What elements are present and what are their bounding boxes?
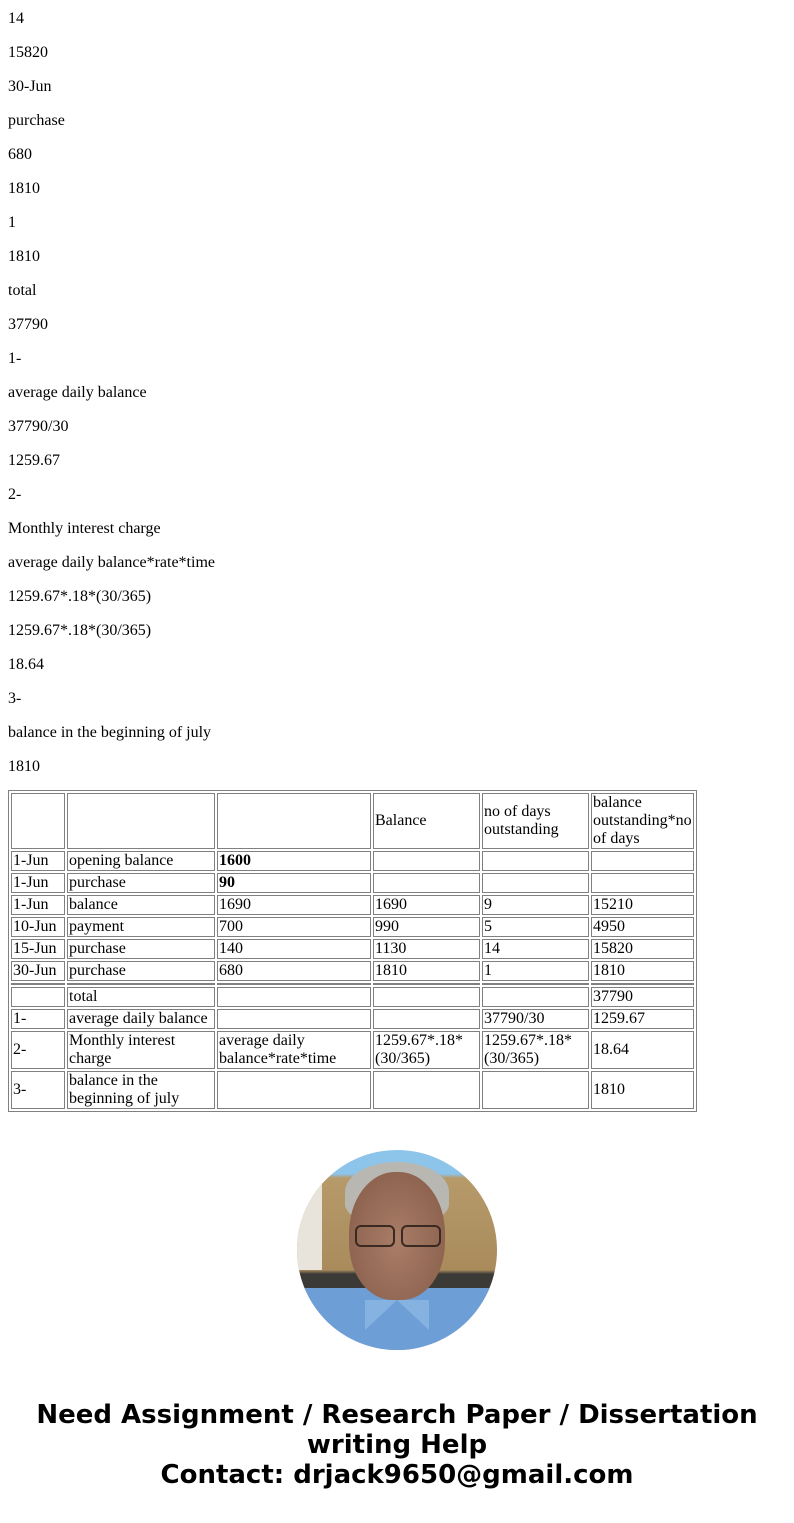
text-line: total [8, 272, 786, 306]
table-cell: purchase [67, 939, 215, 959]
promo-banner: Need Assignment / Research Paper / Disse… [0, 1400, 794, 1490]
table-cell: purchase [67, 961, 215, 981]
glasses-left-icon [355, 1225, 395, 1247]
text-line: 15820 [8, 34, 786, 68]
paragraph-list: 141582030-Junpurchase680181011810total37… [8, 0, 786, 782]
separator-cell [373, 983, 480, 985]
table-cell [373, 987, 480, 1007]
author-portrait-icon [297, 1150, 497, 1350]
text-line: 1- [8, 340, 786, 374]
table-cell: 1 [482, 961, 589, 981]
balance-calculation-table: Balanceno of days outstandingbalance out… [8, 790, 697, 1112]
table-cell: 1259.67*.18*(30/365) [373, 1031, 480, 1069]
table-cell: 1600 [217, 851, 371, 871]
text-line: balance in the beginning of july [8, 714, 786, 748]
table-cell: Balance [373, 793, 480, 849]
table-cell: 1810 [591, 1071, 694, 1109]
table-cell: 700 [217, 917, 371, 937]
table-cell: purchase [67, 873, 215, 893]
table-cell: 37790/30 [482, 1009, 589, 1029]
table-cell [482, 851, 589, 871]
collar-left-shape [365, 1300, 397, 1330]
table-cell [217, 1071, 371, 1109]
table-cell: 5 [482, 917, 589, 937]
table-cell: opening balance [67, 851, 215, 871]
table-cell [591, 851, 694, 871]
table-cell: 140 [217, 939, 371, 959]
text-line: 1810 [8, 238, 786, 272]
table-cell [67, 793, 215, 849]
text-line: purchase [8, 102, 786, 136]
text-line: average daily balance [8, 374, 786, 408]
table-cell: 1130 [373, 939, 480, 959]
table-cell: 1690 [373, 895, 480, 915]
text-line: 1810 [8, 170, 786, 204]
text-line: 1259.67*.18*(30/365) [8, 578, 786, 612]
text-line: 18.64 [8, 646, 786, 680]
table-cell [482, 1071, 589, 1109]
table-summary-row: 3-balance in the beginning of july1810 [11, 1071, 694, 1109]
table-cell: 14 [482, 939, 589, 959]
text-line: Monthly interest charge [8, 510, 786, 544]
table-cell [217, 1009, 371, 1029]
table-cell: 1- [11, 1009, 65, 1029]
text-line: 14 [8, 0, 786, 34]
table-header-row: Balanceno of days outstandingbalance out… [11, 793, 694, 849]
table-cell: 1690 [217, 895, 371, 915]
table-cell: 1-Jun [11, 895, 65, 915]
table-cell: average daily balance*rate*time [217, 1031, 371, 1069]
table-cell [591, 873, 694, 893]
promo-contact: Contact: drjack9650@gmail.com [10, 1460, 784, 1490]
promo-headline: Need Assignment / Research Paper / Disse… [10, 1400, 784, 1460]
table-cell: Monthly interest charge [67, 1031, 215, 1069]
table-cell [482, 987, 589, 1007]
table-cell: payment [67, 917, 215, 937]
table-cell [373, 1071, 480, 1109]
text-line: 2- [8, 476, 786, 510]
table-cell: 15820 [591, 939, 694, 959]
glasses-right-icon [401, 1225, 441, 1247]
collar-right-shape [397, 1300, 429, 1330]
table-cell: 1-Jun [11, 851, 65, 871]
table-cell [11, 987, 65, 1007]
text-line: 3- [8, 680, 786, 714]
table-cell: average daily balance [67, 1009, 215, 1029]
table-row: 1-Junopening balance1600 [11, 851, 694, 871]
separator-cell [482, 983, 589, 985]
text-line: 37790/30 [8, 408, 786, 442]
table-cell: 15-Jun [11, 939, 65, 959]
text-line: 680 [8, 136, 786, 170]
table-summary-row: 2-Monthly interest chargeaverage daily b… [11, 1031, 694, 1069]
text-line: average daily balance*rate*time [8, 544, 786, 578]
text-line: 1 [8, 204, 786, 238]
author-photo-container [0, 1150, 794, 1350]
table-row: 30-Junpurchase680181011810 [11, 961, 694, 981]
table-cell [373, 873, 480, 893]
table-cell: 1259.67*.18*(30/365) [482, 1031, 589, 1069]
table-cell: 990 [373, 917, 480, 937]
table-cell [373, 1009, 480, 1029]
table-cell [373, 851, 480, 871]
separator-cell [591, 983, 694, 985]
table-summary-row: 1-average daily balance37790/301259.67 [11, 1009, 694, 1029]
table-cell: 4950 [591, 917, 694, 937]
table-cell: total [67, 987, 215, 1007]
table-cell: balance in the beginning of july [67, 1071, 215, 1109]
table-cell [482, 873, 589, 893]
table-cell [11, 793, 65, 849]
table-row: 15-Junpurchase14011301415820 [11, 939, 694, 959]
table-row: 1-Junbalance16901690915210 [11, 895, 694, 915]
table-cell: no of days outstanding [482, 793, 589, 849]
table-cell: 1810 [373, 961, 480, 981]
table-cell: 90 [217, 873, 371, 893]
separator-cell [217, 983, 371, 985]
text-line: 37790 [8, 306, 786, 340]
text-line: 1259.67 [8, 442, 786, 476]
table-cell: balance outstanding*no of days [591, 793, 694, 849]
text-line: 1810 [8, 748, 786, 782]
text-line: 30-Jun [8, 68, 786, 102]
table-cell: 10-Jun [11, 917, 65, 937]
table-row: 10-Junpayment70099054950 [11, 917, 694, 937]
table-cell [217, 793, 371, 849]
table-cell: 3- [11, 1071, 65, 1109]
table-cell: 1810 [591, 961, 694, 981]
table-row: 1-Junpurchase90 [11, 873, 694, 893]
table-summary-row: total37790 [11, 987, 694, 1007]
table-cell: 1259.67 [591, 1009, 694, 1029]
text-line: 1259.67*.18*(30/365) [8, 612, 786, 646]
table-cell: 2- [11, 1031, 65, 1069]
table-cell: 680 [217, 961, 371, 981]
table-cell [217, 987, 371, 1007]
table-cell: 37790 [591, 987, 694, 1007]
table-cell: 18.64 [591, 1031, 694, 1069]
separator-cell [67, 983, 215, 985]
table-cell: 15210 [591, 895, 694, 915]
separator-cell [11, 983, 65, 985]
table-separator-row [11, 983, 694, 985]
table-cell: 1-Jun [11, 873, 65, 893]
table-cell: balance [67, 895, 215, 915]
document-body: 141582030-Junpurchase680181011810total37… [0, 0, 794, 1112]
table-cell: 30-Jun [11, 961, 65, 981]
background-wall [297, 1180, 322, 1270]
table-cell: 9 [482, 895, 589, 915]
